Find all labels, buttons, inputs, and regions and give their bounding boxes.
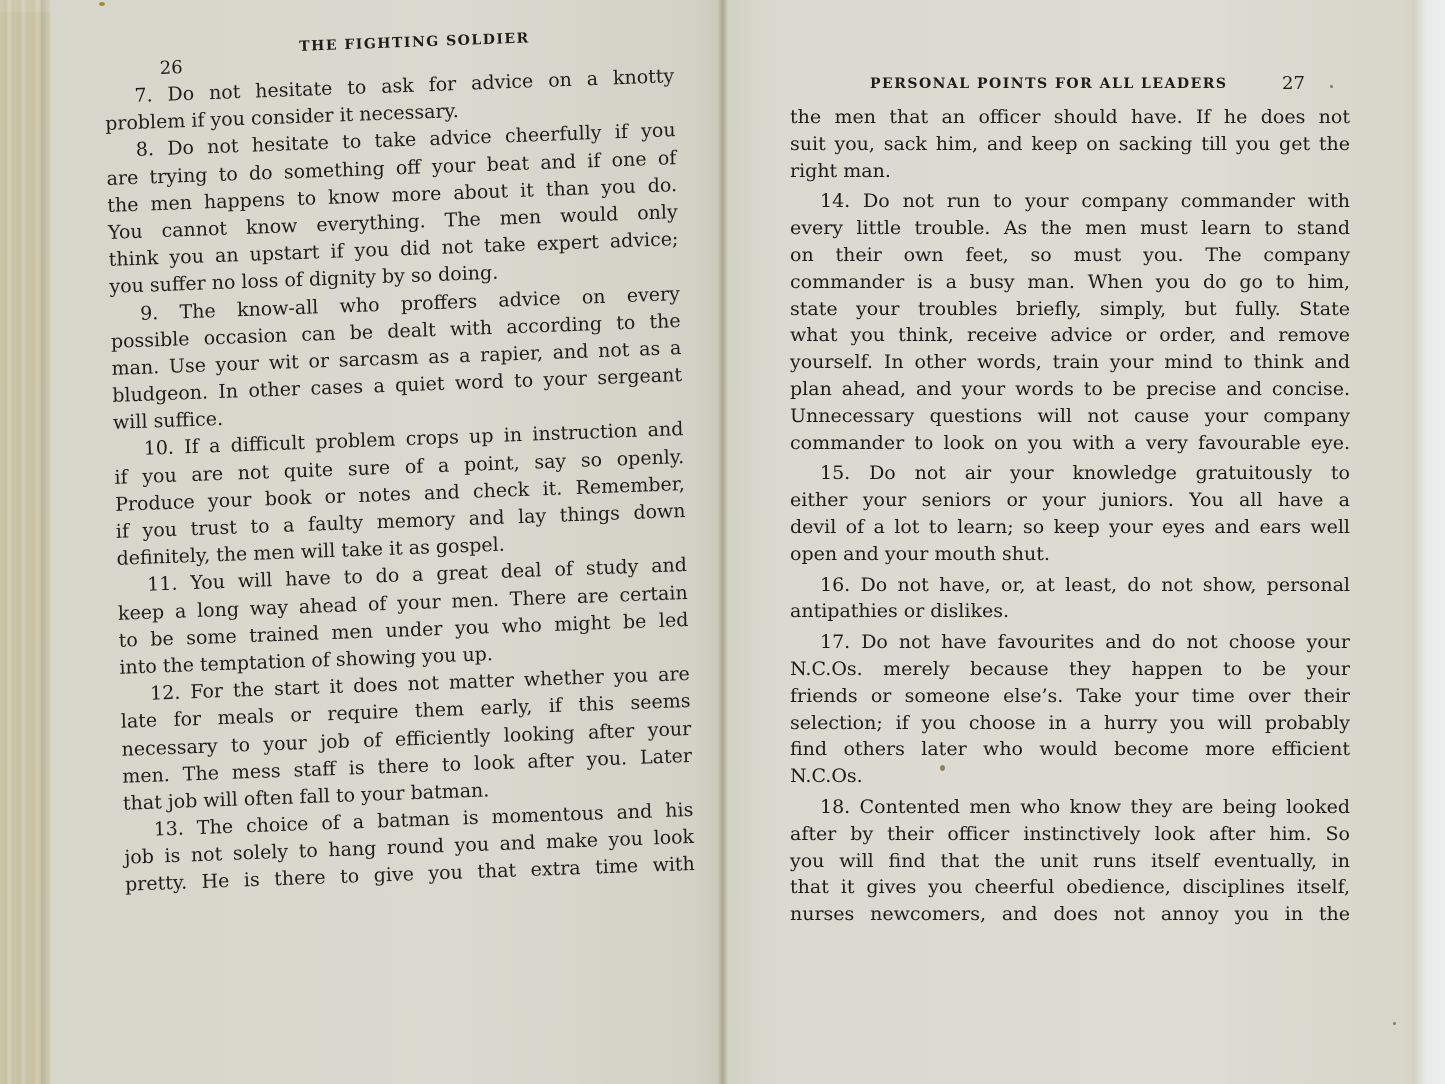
right-page-text: PERSONAL POINTS FOR ALL LEADERS 27 the m…	[790, 70, 1350, 928]
paragraph-8: 8. Do not hesitate to take advice cheerf…	[106, 117, 680, 301]
text-line: antipathies or dislikes.	[790, 598, 1350, 625]
text-line: 15. Do not air your knowledge gratuitous…	[790, 460, 1350, 487]
text-line: friends or someone else’s. Take your tim…	[790, 683, 1350, 710]
text-line: plan ahead, and your words to be precise…	[790, 376, 1350, 403]
text-line: N.C.Os.	[790, 763, 1350, 790]
text-line: nurses newcomers, and does not annoy you…	[790, 901, 1350, 928]
page-edges-stack	[0, 0, 55, 1084]
text-line: 14. Do not run to your company commander…	[790, 188, 1350, 215]
text-line: what you think, receive advice or order,…	[790, 322, 1350, 349]
text-line: yourself. In other words, train your min…	[790, 349, 1350, 376]
running-head-title: THE FIGHTING SOLDIER	[299, 30, 530, 54]
foxing-spot	[1393, 1022, 1396, 1025]
left-page-body: 7. Do not hesitate to ask for advice on …	[104, 63, 695, 899]
paragraph-13-continued: the men that an officer should have. If …	[790, 104, 1350, 184]
text-line: on their own feet, so must you. The comp…	[790, 242, 1350, 269]
paragraph-12: 12. For the start it does not matter whe…	[120, 661, 693, 818]
text-line: devil of a lot to learn; so keep your ey…	[790, 514, 1350, 541]
right-page-body: the men that an officer should have. If …	[790, 104, 1350, 928]
paragraph-9: 9. The know-all who proffers advice on e…	[110, 281, 683, 438]
left-page-text: 26 THE FIGHTING SOLDIER 7. Do not hesita…	[103, 19, 695, 899]
text-line: 16. Do not have, or, at least, do not sh…	[790, 572, 1350, 599]
text-line: commander to look on you with a very fav…	[790, 430, 1350, 457]
foxing-spot	[99, 2, 105, 6]
text-line: after by their officer instinctively loo…	[790, 821, 1350, 848]
text-line: every little trouble. As the men must le…	[790, 215, 1350, 242]
paragraph-11: 11. You will have to do a great deal of …	[117, 552, 689, 682]
running-head-title: PERSONAL POINTS FOR ALL LEADERS	[870, 76, 1228, 92]
text-line: 18. Contented men who know they are bein…	[790, 794, 1350, 821]
text-line: find others later who would become more …	[790, 736, 1350, 763]
text-line: 17. Do not have favourites and do not ch…	[790, 629, 1350, 656]
paragraph-18: 18. Contented men who know they are bein…	[790, 794, 1350, 928]
text-line: suit you, sack him, and keep on sacking …	[790, 131, 1350, 158]
text-line: selection; if you choose in a hurry you …	[790, 710, 1350, 737]
page-number: 27	[1282, 73, 1305, 94]
book-gutter	[718, 0, 728, 1084]
text-line: you will find that the unit runs itself …	[790, 848, 1350, 875]
text-line: either your seniors or your juniors. You…	[790, 487, 1350, 514]
text-line: state your troubles briefly, simply, but…	[790, 296, 1350, 323]
text-line: open and your mouth shut.	[790, 541, 1350, 568]
text-line: right man.	[790, 158, 1350, 185]
right-page-edge	[1412, 0, 1445, 1084]
text-line: N.C.Os. merely because they happen to be…	[790, 656, 1350, 683]
text-line: the men that an officer should have. If …	[790, 104, 1350, 131]
paragraph-14: 14. Do not run to your company commander…	[790, 188, 1350, 456]
text-line: commander is a busy man. When you do go …	[790, 269, 1350, 296]
paragraph-15: 15. Do not air your knowledge gratuitous…	[790, 460, 1350, 567]
paragraph-17: 17. Do not have favourites and do not ch…	[790, 629, 1350, 790]
paragraph-10: 10. If a difficult problem crops up in i…	[113, 416, 686, 573]
text-line: Unnecessary questions will not cause you…	[790, 403, 1350, 430]
right-running-head: PERSONAL POINTS FOR ALL LEADERS 27	[790, 70, 1350, 96]
paragraph-16: 16. Do not have, or, at least, do not sh…	[790, 572, 1350, 626]
page-number: 26	[159, 57, 182, 79]
text-line: that it gives you cheerful obedience, di…	[790, 874, 1350, 901]
